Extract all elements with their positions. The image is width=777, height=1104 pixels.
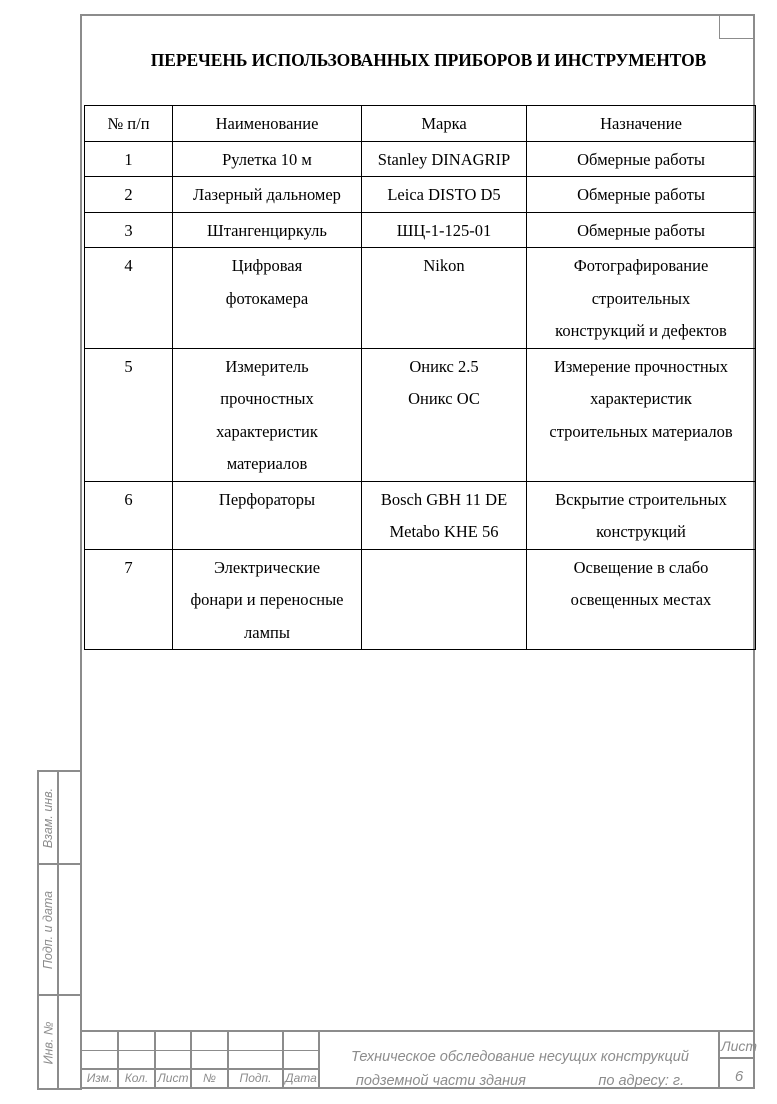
cell-line: характеристик — [529, 383, 753, 416]
cell-line: Фотографирование — [529, 250, 753, 283]
cell-line: прочностных — [175, 383, 359, 416]
cell-num: 7 — [85, 549, 173, 650]
table-header-row: № п/п Наименование Марка Назначение — [85, 106, 756, 142]
cell-line: Оникс 2.5 — [364, 351, 524, 384]
header-name: Наименование — [173, 106, 362, 142]
cell-num: 1 — [85, 141, 173, 177]
cell-line: Лазерный дальномер — [175, 179, 359, 212]
cell-line: фонари и переносные — [175, 584, 359, 617]
cell-line: Штангенциркуль — [175, 215, 359, 248]
cell-line: фотокамера — [175, 283, 359, 316]
cell-brand: Bosch GBH 11 DEMetabo KHE 56 — [362, 481, 527, 549]
cell-name: Лазерный дальномер — [173, 177, 362, 213]
cell-brand: Stanley DINAGRIP — [362, 141, 527, 177]
header-brand: Марка — [362, 106, 527, 142]
cell-line: конструкций и дефектов — [529, 315, 753, 348]
side-label-replaced-inv: Взам. инв. — [39, 772, 57, 863]
table-row: 2Лазерный дальномерLeica DISTO D5Обмерны… — [85, 177, 756, 213]
cell-line: Metabo KHE 56 — [364, 516, 524, 549]
cell-line: Обмерные работы — [529, 215, 753, 248]
cell-name: Рулетка 10 м — [173, 141, 362, 177]
stamp-col-qty: Кол. — [119, 1071, 154, 1085]
cell-name: Штангенциркуль — [173, 212, 362, 248]
cell-line: Оникс ОС — [364, 383, 524, 416]
side-stamp-divider — [57, 772, 59, 1088]
cell-name: Измерительпрочностныххарактеристикматери… — [173, 348, 362, 481]
side-label-sign-date: Подп. и дата — [39, 865, 57, 994]
cell-brand — [362, 549, 527, 650]
table-row: 7Электрическиефонари и переносныелампыОс… — [85, 549, 756, 650]
cell-name: Цифроваяфотокамера — [173, 248, 362, 349]
doc-title-line-2: подземной части здания по адресу: г. — [320, 1069, 720, 1093]
stamp-col-sheet: Лист — [156, 1071, 190, 1085]
cell-brand: Leica DISTO D5 — [362, 177, 527, 213]
table-row: 1Рулетка 10 мStanley DINAGRIPОбмерные ра… — [85, 141, 756, 177]
stamp-document-title: Техническое обследование несущих констру… — [320, 1045, 720, 1093]
cell-line: Обмерные работы — [529, 144, 753, 177]
cell-brand: Оникс 2.5Оникс ОС — [362, 348, 527, 481]
cell-brand: Nikon — [362, 248, 527, 349]
stamp-row-divider — [82, 1068, 318, 1070]
cell-num: 4 — [85, 248, 173, 349]
side-stamp: Взам. инв. Подп. и дата Инв. № — [37, 770, 82, 1090]
cell-line: материалов — [175, 448, 359, 481]
corner-box — [719, 14, 755, 39]
cell-name: Перфораторы — [173, 481, 362, 549]
cell-line: ШЦ-1-125-01 — [364, 215, 524, 248]
stamp-col-date: Дата — [284, 1071, 318, 1085]
cell-line: Перфораторы — [175, 484, 359, 517]
cell-line: Рулетка 10 м — [175, 144, 359, 177]
cell-name: Электрическиефонари и переносныелампы — [173, 549, 362, 650]
cell-purpose: Обмерные работы — [527, 141, 756, 177]
stamp-row-divider — [718, 1057, 755, 1059]
cell-purpose: Обмерные работы — [527, 212, 756, 248]
cell-line: Освещение в слабо — [529, 552, 753, 585]
cell-line: строительных — [529, 283, 753, 316]
cell-line: строительных материалов — [529, 416, 753, 449]
cell-line: Цифровая — [175, 250, 359, 283]
table-row: 6ПерфораторыBosch GBH 11 DEMetabo KHE 56… — [85, 481, 756, 549]
cell-line: Измеритель — [175, 351, 359, 384]
cell-num: 5 — [85, 348, 173, 481]
cell-num: 2 — [85, 177, 173, 213]
cell-purpose: Обмерные работы — [527, 177, 756, 213]
side-label-inv-num: Инв. № — [39, 996, 57, 1090]
equipment-table: № п/п Наименование Марка Назначение 1Рул… — [84, 105, 756, 650]
stamp-col-doc-num: № — [192, 1071, 227, 1085]
cell-line: Обмерные работы — [529, 179, 753, 212]
cell-line: Leica DISTO D5 — [364, 179, 524, 212]
cell-purpose: Измерение прочностныххарактеристикстроит… — [527, 348, 756, 481]
cell-num: 6 — [85, 481, 173, 549]
document-title: ПЕРЕЧЕНЬ ИСПОЛЬЗОВАННЫХ ПРИБОРОВ И ИНСТР… — [80, 50, 777, 71]
cell-line: характеристик — [175, 416, 359, 449]
cell-line: конструкций — [529, 516, 753, 549]
cell-line: Stanley DINAGRIP — [364, 144, 524, 177]
cell-line: лампы — [175, 617, 359, 650]
doc-title-line-1: Техническое обследование несущих констру… — [320, 1045, 720, 1069]
cell-line: Электрические — [175, 552, 359, 585]
header-num: № п/п — [85, 106, 173, 142]
cell-line: Измерение прочностных — [529, 351, 753, 384]
cell-purpose: Фотографированиестроительныхконструкций … — [527, 248, 756, 349]
sheet-label: Лист — [721, 1038, 757, 1054]
table-row: 4ЦифроваяфотокамераNikonФотографирование… — [85, 248, 756, 349]
table-row: 5Измерительпрочностныххарактеристикматер… — [85, 348, 756, 481]
cell-line: Nikon — [364, 250, 524, 283]
stamp-col-change: Изм. — [82, 1071, 117, 1085]
sheet-number: 6 — [721, 1068, 757, 1085]
cell-line: освещенных местах — [529, 584, 753, 617]
cell-purpose: Освещение в слабоосвещенных местах — [527, 549, 756, 650]
table-row: 3ШтангенциркульШЦ-1-125-01Обмерные работ… — [85, 212, 756, 248]
stamp-row-divider — [82, 1050, 318, 1051]
cell-purpose: Вскрытие строительныхконструкций — [527, 481, 756, 549]
cell-line: Вскрытие строительных — [529, 484, 753, 517]
cell-brand: ШЦ-1-125-01 — [362, 212, 527, 248]
header-purpose: Назначение — [527, 106, 756, 142]
cell-line: Bosch GBH 11 DE — [364, 484, 524, 517]
stamp-col-signature: Подп. — [229, 1071, 282, 1085]
cell-num: 3 — [85, 212, 173, 248]
title-block: Изм. Кол. Лист № Подп. Дата Техническое … — [80, 1030, 755, 1089]
